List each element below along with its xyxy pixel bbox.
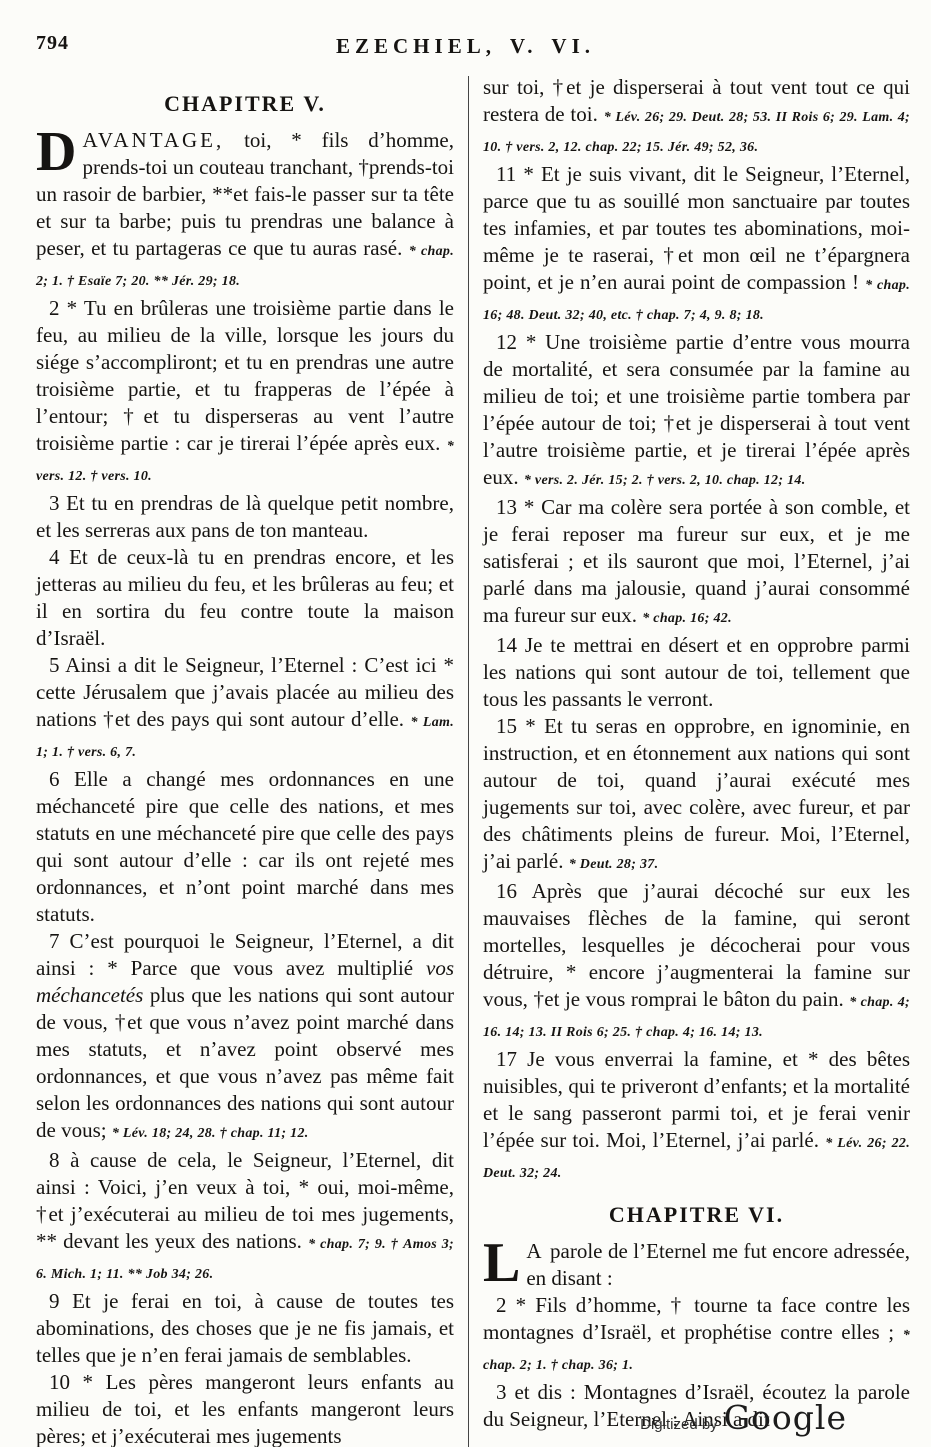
google-logo: Google — [724, 1398, 847, 1437]
chapter-heading-v: CHAPITRE V. — [36, 90, 454, 117]
verse-paragraph: 12 * Une troisième partie d’entre vous m… — [483, 329, 910, 494]
verse-paragraph: 3 Et tu en prendras de là quelque petit … — [36, 490, 454, 544]
verse-text: parole de l’Eternel me fut encore adress… — [526, 1239, 910, 1290]
verse-paragraph: LA parole de l’Eternel me fut encore adr… — [483, 1238, 910, 1292]
verse-paragraph: sur toi, †et je disperserai à tout vent … — [483, 74, 910, 161]
verse-paragraph: 9 Et je ferai en toi, à cause de toutes … — [36, 1288, 454, 1369]
verse-number: 10 — [49, 1370, 70, 1394]
verse-paragraph: 11 * Et je suis vivant, dit le Seigneur,… — [483, 161, 910, 329]
verse-number: 16 — [496, 879, 517, 903]
verse-paragraph: 4 Et de ceux-là tu en prendras encore, e… — [36, 544, 454, 652]
verse-number: 3 — [496, 1380, 507, 1404]
verse-paragraph: 2 * Fils d’homme, † tourne ta face contr… — [483, 1292, 910, 1379]
verse-paragraph: 15 * Et tu seras en opprobre, en ignomin… — [483, 713, 910, 878]
verse-paragraph: 8 à cause de cela, le Seigneur, l’Eterne… — [36, 1147, 454, 1288]
verse-number: 2 — [49, 296, 60, 320]
verse-text: * Tu en brûleras une troisième partie da… — [36, 296, 454, 455]
verse-refs: * Deut. 28; 37. — [569, 857, 659, 872]
verse-number: 12 — [496, 330, 517, 354]
verse-text: Je te mettrai en désert et en opprobre p… — [483, 633, 910, 711]
verse-paragraph: 6 Elle a changé mes ordonnances en une m… — [36, 766, 454, 928]
verse-text: C’est pourquoi le Seigneur, l’Eternel, a… — [36, 929, 454, 980]
verse-number: 9 — [49, 1289, 60, 1313]
verse-text: Ainsi a dit le Seigneur, l’Eternel : C’e… — [36, 653, 454, 731]
left-column: CHAPITRE V. DAVANTAGE, toi, * fils d’hom… — [36, 74, 468, 1447]
verse-number: 11 — [496, 162, 516, 186]
verse-text: Et tu en prendras de là quelque petit no… — [36, 491, 454, 542]
verse-number: 8 — [49, 1148, 60, 1172]
verse-paragraph: 5 Ainsi a dit le Seigneur, l’Eternel : C… — [36, 652, 454, 766]
verse-refs: * vers. 2. Jér. 15; 2. † vers. 2, 10. ch… — [524, 473, 806, 488]
digitized-by-label: Digitized by — [640, 1416, 718, 1433]
verse-lead: AVANTAGE, — [82, 128, 224, 152]
verse-number: 6 — [49, 767, 60, 791]
verse-paragraph: 17 Je vous enverrai la famine, et * des … — [483, 1046, 910, 1187]
verse-text: * Les pères mangeront leurs enfants au m… — [36, 1370, 454, 1447]
page-header: 794 EZECHIEL, V. VI. — [0, 0, 931, 68]
right-column: sur toi, †et je disperserai à tout vent … — [469, 74, 910, 1447]
verse-text: * Et tu seras en opprobre, en ignominie,… — [483, 714, 910, 873]
verse-number: 14 — [496, 633, 517, 657]
verse-paragraph: 14 Je te mettrai en désert et en opprobr… — [483, 632, 910, 713]
verse-text: Et je ferai en toi, à cause de toutes te… — [36, 1289, 454, 1367]
page-footer: Digitized by Google — [640, 1398, 847, 1437]
page-number: 794 — [36, 32, 69, 55]
verse-text: Elle a changé mes ordonnances en une méc… — [36, 767, 454, 926]
verse-paragraph: 16 Après que j’aurai décoché sur eux les… — [483, 878, 910, 1046]
verse-text: * Car ma colère sera portée à son comble… — [483, 495, 910, 627]
verse-paragraph: 7 C’est pourquoi le Seigneur, l’Eternel,… — [36, 928, 454, 1147]
verse-refs: * chap. 16; 42. — [642, 611, 732, 626]
verse-text: * Et je suis vivant, dit le Seigneur, l’… — [483, 162, 910, 294]
verse-text: * Fils d’homme, † tourne ta face contre … — [483, 1293, 910, 1344]
verse-paragraph: 13 * Car ma colère sera portée à son com… — [483, 494, 910, 632]
verse-paragraph: 10 * Les pères mangeront leurs enfants a… — [36, 1369, 454, 1447]
drop-cap: L — [483, 1238, 526, 1285]
verse-number: 15 — [496, 714, 517, 738]
verse-text: Après que j’aurai décoché sur eux les ma… — [483, 879, 910, 1011]
verse-paragraph: DAVANTAGE, toi, * fils d’homme, prends-t… — [36, 127, 454, 295]
verse-number: 17 — [496, 1047, 517, 1071]
verse-lead: A — [526, 1239, 544, 1263]
verse-number: 4 — [49, 545, 60, 569]
scanned-book-page: 794 EZECHIEL, V. VI. CHAPITRE V. DAVANTA… — [0, 0, 931, 1447]
verse-number: 5 — [49, 653, 60, 677]
running-title: EZECHIEL, V. VI. — [0, 34, 931, 59]
chapter-heading-vi: CHAPITRE VI. — [483, 1201, 910, 1228]
text-columns: CHAPITRE V. DAVANTAGE, toi, * fils d’hom… — [0, 68, 931, 1447]
drop-cap: D — [36, 127, 82, 174]
verse-paragraph: 2 * Tu en brûleras une troisième partie … — [36, 295, 454, 490]
verse-number: 2 — [496, 1293, 507, 1317]
verse-number: 13 — [496, 495, 517, 519]
verse-number: 3 — [49, 491, 60, 515]
verse-refs: * Lév. 18; 24, 28. † chap. 11; 12. — [112, 1126, 309, 1141]
verse-number: 7 — [49, 929, 60, 953]
verse-text: Et de ceux-là tu en prendras encore, et … — [36, 545, 454, 650]
verse-text: * Une troisième partie d’entre vous mour… — [483, 330, 910, 489]
